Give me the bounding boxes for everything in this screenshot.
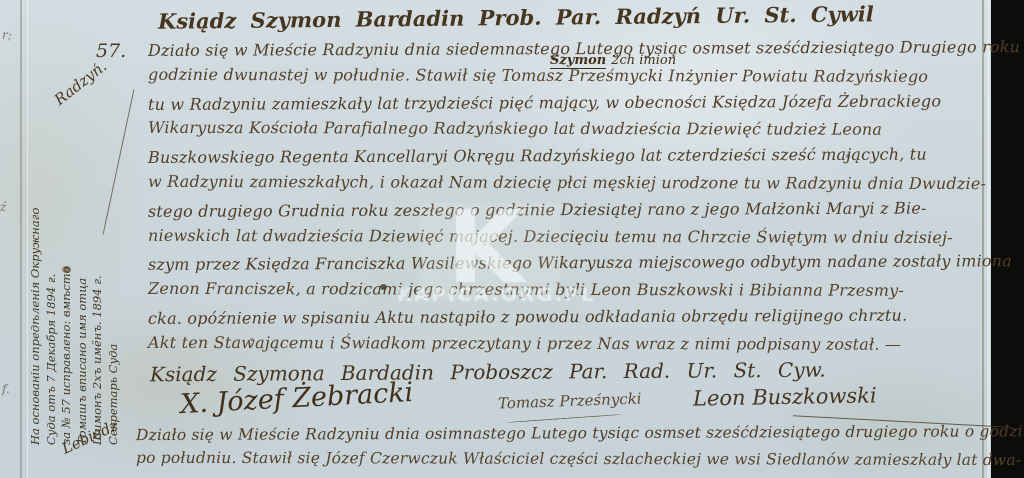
act-body-line: stego drugiego Grudnia roku zeszłego o g… (148, 198, 1024, 229)
act-body-line: Akt ten Stawającemu i Świadkom przeczyta… (148, 333, 1024, 362)
next-act-text: Działo się w Mieście Radzyniu dnia osimn… (136, 424, 1024, 475)
act-body-line: tu w Radzyniu zamieszkały lat trzydzieśc… (148, 91, 1024, 122)
act-body-line: Buszkowskiego Regenta Kancellaryi Okręgu… (148, 144, 1024, 175)
annotation-line: Шимонъ 2хъ имёнъ. 1894 г. (90, 55, 106, 445)
register-page-scan: r; ź f. Ksiądz Szymon Bardadin Prob. Par… (0, 0, 1024, 478)
act-body-line: Działo się w Mieście Radzyniu dnia siede… (148, 37, 1024, 68)
officiant-closing-line: Ksiądz Szymona Bardadin Proboszcz Par. R… (150, 358, 826, 387)
act-body-line: w Radzyniu zamieszkałych, i okazał Nam d… (148, 172, 1024, 201)
annotation-line: На основаніи опредѣленія Окружнаго (28, 55, 44, 445)
edge-ink-mark: ź (0, 200, 6, 214)
annotation-line: Томашъ вписано имя отца (75, 55, 91, 445)
margin-court-annotation: На основаніи опредѣленія Окружнаго Суда … (28, 55, 122, 445)
watermark-site-text: KAPICA.ORG.PL (397, 284, 596, 306)
act-body-line: niewskich lat dwadzieścia Dziewięć mając… (148, 225, 1024, 254)
annotation-line: за № 57 исправлено: вмѣсто (59, 55, 75, 445)
act-body-line: godzinie dwunastej w południe. Stawił si… (148, 65, 1024, 94)
act-body-line: szym przez Księdza Franciszka Wasilewski… (148, 251, 1024, 282)
signature-flourish (505, 414, 623, 423)
next-act-line: Działo się w Mieście Radzyniu dnia osimn… (136, 422, 1024, 452)
act-body-line: cka. opóźnienie w spisaniu Aktu nastąpił… (148, 305, 1024, 336)
edge-ink-mark: f. (2, 382, 10, 396)
edge-ink-mark: r; (2, 28, 12, 42)
act-body-line: Wikaryusza Kościoła Parafialnego Radzyńs… (148, 118, 1024, 147)
page-fold-line (20, 0, 22, 478)
signature-witness-przesnycki: Tomasz Prześnycki (498, 390, 642, 413)
annotation-line: Секретарь Суда (106, 55, 122, 445)
next-act-line: po południu. Stawił się Józef Czerwczuk … (136, 448, 1024, 476)
watermark-k-logo-icon: K (447, 198, 525, 298)
signature-witness-buszkowski: Leon Buszkowski (693, 383, 877, 410)
act-body-text: Działo się w Mieście Radzyniu dnia siede… (148, 39, 1024, 361)
header-annotation: Ksiądz Szymon Bardadin Prob. Par. Radzyń… (158, 1, 874, 33)
annotation-line: Суда отъ 7 Декабря 1894 г. (44, 55, 60, 445)
